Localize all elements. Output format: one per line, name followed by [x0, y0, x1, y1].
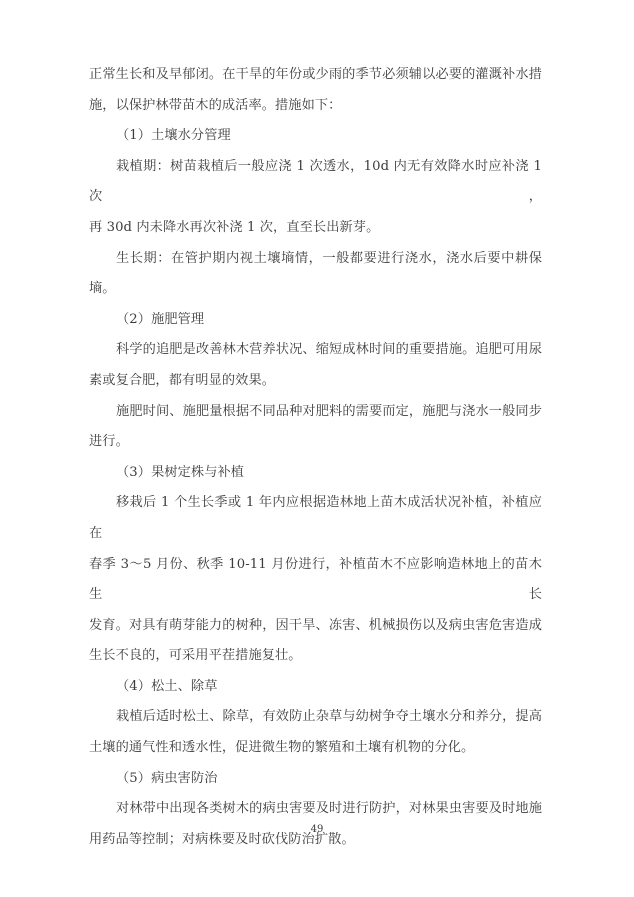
text-line: 墒。	[89, 274, 542, 305]
text-line: 进行。	[89, 427, 542, 458]
text-line: 栽植期：树苗栽植后一般应浇 1 次透水，10d 内无有效降水时应补浇 1 次，	[89, 152, 542, 213]
text-line: 土壤的通气性和透水性，促进微生物的繁殖和土壤有机物的分化。	[89, 733, 542, 764]
text-line: 素或复合肥，都有明显的效果。	[89, 366, 542, 397]
text-line: 栽植后适时松土、除草，有效防止杂草与幼树争夺土壤水分和养分，提高	[89, 702, 542, 733]
text-line: （4）松土、除草	[89, 672, 542, 703]
document-lines: 正常生长和及早郁闭。在干旱的年份或少雨的季节必须辅以必要的灌溉补水措施，以保护林…	[89, 60, 542, 855]
text-line: 发育。对具有萌芽能力的树种，因干旱、冻害、机械损伤以及病虫害危害造成	[89, 611, 542, 642]
text-line: 生长不良的，可采用平茬措施复壮。	[89, 641, 542, 672]
text-line: 再 30d 内未降水再次补浇 1 次，直至长出新芽。	[89, 213, 542, 244]
text-line: 春季 3～5 月份、秋季 10-11 月份进行，补植苗木不应影响造林地上的苗木生…	[89, 550, 542, 611]
text-line: 施，以保护林带苗木的成活率。措施如下：	[89, 91, 542, 122]
text-line: 移栽后 1 个生长季或 1 年内应根据造林地上苗木成活状况补植，补植应在	[89, 488, 542, 549]
text-line: 对林带中出现各类树木的病虫害要及时进行防护，对林果虫害要及时地施	[89, 794, 542, 825]
text-line: 生长期：在管护期内视土壤墒情，一般都要进行浇水，浇水后要中耕保	[89, 244, 542, 275]
document-page: 正常生长和及早郁闭。在干旱的年份或少雨的季节必须辅以必要的灌溉补水措施，以保护林…	[0, 0, 634, 897]
text-line: （1）土壤水分管理	[89, 121, 542, 152]
text-line: （5）病虫害防治	[89, 764, 542, 795]
text-line: 正常生长和及早郁闭。在干旱的年份或少雨的季节必须辅以必要的灌溉补水措	[89, 60, 542, 91]
text-line: （2）施肥管理	[89, 305, 542, 336]
text-line: 施肥时间、施肥量根据不同品种对肥料的需要而定，施肥与浇水一般同步	[89, 397, 542, 428]
page-number: 49	[0, 824, 634, 835]
text-line: （3）果树定株与补植	[89, 458, 542, 489]
text-line: 科学的追肥是改善林木营养状况、缩短成林时间的重要措施。追肥可用尿	[89, 335, 542, 366]
